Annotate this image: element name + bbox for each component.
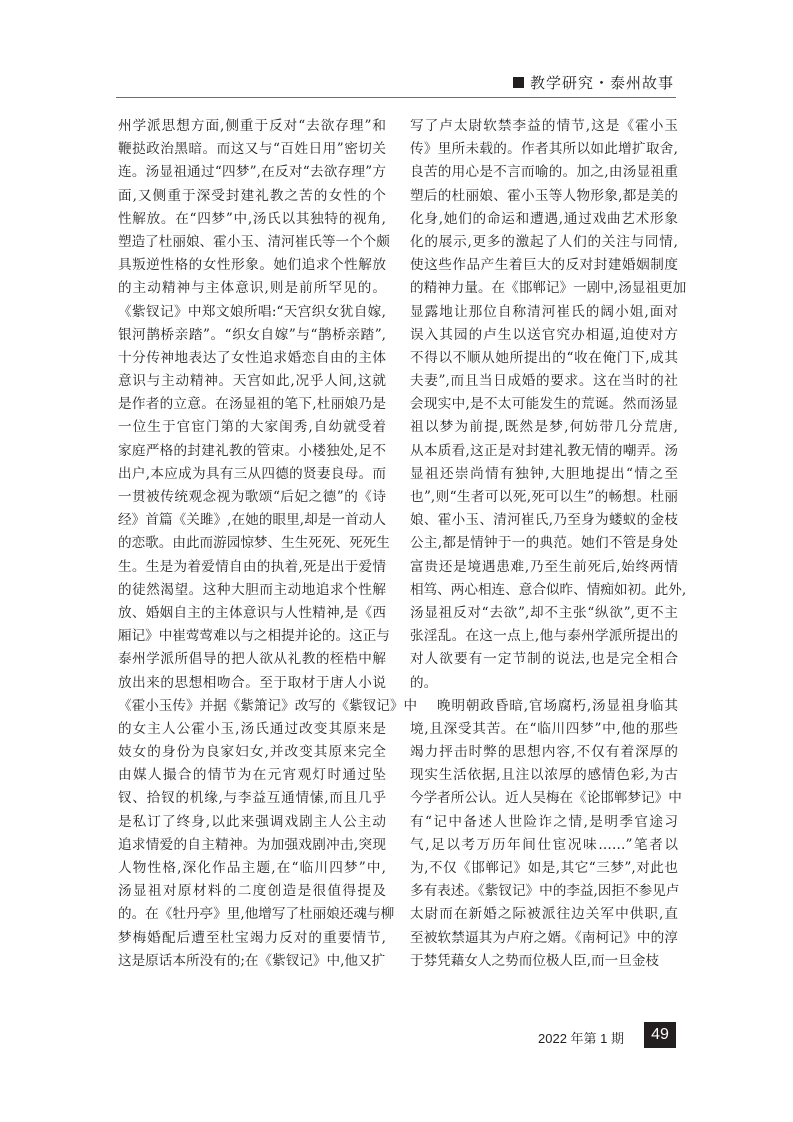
text-line: 汤显祖对原材料的二度创造是很值得提及 [118,880,386,903]
text-line: 良苦的用心是不言而喻的。加之,由汤显祖重 [410,161,678,184]
text-line: 误入其园的卢生以送官究办相逼,迫使对方 [410,324,678,347]
text-line: 晚明朝政昏暗,官场腐朽,汤显祖身临其 [410,695,678,718]
text-line: 的精神力量。在《邯郸记》一剧中,汤显祖更加 [410,277,678,300]
text-line: 的。在《牡丹亭》里,他增写了杜丽娘还魂与柳 [118,903,386,926]
text-line: 从本质看,这正是对封建礼教无情的嘲弄。汤 [410,440,678,463]
page-footer: 2022 年第 1 期 49 [440,1022,676,1052]
text-line: 有“记中备述人世险诈之情,是明季官途习 [410,811,678,834]
text-line: 《霍小玉传》并据《紫箫记》改写的《紫钗记》中 [118,695,386,718]
text-line: 为,不仅《邯郸记》如是,其它“三梦”,对此也 [410,857,678,880]
text-line: 化身,她们的命运和遭遇,通过戏曲艺术形象 [410,208,678,231]
text-line: 至被软禁逼其为卢府之婿。《南柯记》中的淳 [410,927,678,950]
text-line: 的。 [410,672,678,695]
text-line: 经》首篇《关雎》,在她的眼里,却是一首动人 [118,509,386,532]
text-line: 意识与主动精神。天宫如此,况乎人间,这就 [118,370,386,393]
text-line: 的女主人公霍小玉,汤氏通过改变其原来是 [118,718,386,741]
text-line: 张淫乱。在这一点上,他与泰州学派所提出的 [410,625,678,648]
section-title: 教学研究・泰州故事 [513,72,674,93]
text-line: 显祖还崇尚情有独钟,大胆地提出“情之至 [410,463,678,486]
text-line: 泰州学派所倡导的把人欲从礼教的桎梏中解 [118,648,386,671]
text-line: 也”,则“生者可以死,死可以生”的畅想。杜丽 [410,486,678,509]
text-line: 一位生于官宦门第的大家闺秀,自幼就受着 [118,416,386,439]
text-line: 不得以不顺从她所提出的“收在俺门下,成其 [410,347,678,370]
body-column-left: 州学派思想方面,侧重于反对“去欲存理”和鞭挞政治黑暗。而这又与“百姓日用”密切关… [118,115,386,973]
text-line: 汤显祖反对“去欲”,却不主张“纵欲”,更不主 [410,602,678,625]
text-line: 相笃、两心相连、意合似昨、情痴如初。此外, [410,579,678,602]
text-line: 这是原话本所没有的;在《紫钗记》中,他又扩 [118,950,386,973]
text-line: 公主,都是情钟于一的典范。她们不管是身处 [410,532,678,555]
text-line: 人物性格,深化作品主题,在“临川四梦”中, [118,857,386,880]
text-line: 性解放。在“四梦”中,汤氏以其独特的视角, [118,208,386,231]
text-line: 塑后的杜丽娘、霍小玉等人物形象,都是美的 [410,185,678,208]
text-line: 州学派思想方面,侧重于反对“去欲存理”和 [118,115,386,138]
text-line: 出户,本应成为具有三从四德的贤妻良母。而 [118,463,386,486]
text-line: 《紫钗记》中郑文娘所唱:“天宫织女犹自嫁, [118,301,386,324]
text-line: 富贵还是境遇患难,乃至生前死后,始终两情 [410,556,678,579]
text-line: 气,足以考万历年间仕宦况味……”笔者以 [410,834,678,857]
text-line: 连。汤显祖通过“四梦”,在反对“去欲存理”方 [118,161,386,184]
issue-label: 2022 年第 1 期 [538,1028,624,1047]
text-line: 厢记》中崔莺莺难以与之相提并论的。这正与 [118,625,386,648]
text-line: 的恋歌。由此而游园惊梦、生生死死、死死生 [118,532,386,555]
header-divider [116,97,676,98]
text-line: 由媒人撮合的情节为在元宵观灯时通过坠 [118,764,386,787]
section-title-text: 教学研究・泰州故事 [530,74,674,92]
text-line: 梦梅婚配后遭至杜宝竭力反对的重要情节, [118,927,386,950]
text-line: 放出来的思想相吻合。至于取材于唐人小说 [118,672,386,695]
text-line: 的主动精神与主体意识,则是前所罕见的。 [118,277,386,300]
text-line: 现实生活依据,且注以浓厚的感情色彩,为古 [410,764,678,787]
text-line: 是作者的立意。在汤显祖的笔下,杜丽娘乃是 [118,393,386,416]
text-line: 是私订了终身,以此来强调戏剧主人公主动 [118,811,386,834]
text-line: 塑造了杜丽娘、霍小玉、清河崔氏等一个个颇 [118,231,386,254]
text-line: 传》里所未载的。作者其所以如此增扩取舍, [410,138,678,161]
text-line: 妓女的身份为良家妇女,并改变其原来完全 [118,741,386,764]
text-line: 具叛逆性格的女性形象。她们追求个性解放 [118,254,386,277]
text-line: 显露地让那位自称清河崔氏的阔小姐,面对 [410,301,678,324]
text-line: 生。生是为着爱情自由的执着,死是出于爱情 [118,556,386,579]
text-line: 夫妻”,而且当日成婚的要求。这在当时的社 [410,370,678,393]
text-line: 竭力抨击时弊的思想内容,不仅有着深厚的 [410,741,678,764]
text-line: 一贯被传统观念视为歌颂“后妃之德”的《诗 [118,486,386,509]
text-line: 家庭严格的封建礼教的管束。小楼独处,足不 [118,440,386,463]
body-column-right: 写了卢太尉软禁李益的情节,这是《霍小玉传》里所未载的。作者其所以如此增扩取舍,良… [410,115,678,973]
text-line: 放、婚姻自主的主体意识与人性精神,是《西 [118,602,386,625]
text-line: 钗、拾钗的机缘,与李益互通情愫,而且几乎 [118,787,386,810]
text-line: 于棼凭藉女人之势而位极人臣,而一旦金枝 [410,950,678,973]
text-line: 境,且深受其苦。在“临川四梦”中,他的那些 [410,718,678,741]
text-line: 化的展示,更多的激起了人们的关注与同情, [410,231,678,254]
text-line: 十分传神地表达了女性追求婚恋自由的主体 [118,347,386,370]
page-number: 49 [644,1022,676,1048]
text-line: 鞭挞政治黑暗。而这又与“百姓日用”密切关 [118,138,386,161]
text-line: 追求情爱的自主精神。为加强戏剧冲击,突现 [118,834,386,857]
text-line: 面,又侧重于深受封建礼教之苦的女性的个 [118,185,386,208]
running-header: 教学研究・泰州故事 [116,70,674,98]
text-line: 使这些作品产生着巨大的反对封建婚姻制度 [410,254,678,277]
square-bullet-icon [513,77,524,88]
text-line: 娘、霍小玉、清河崔氏,乃至身为蝼蚁的金枝 [410,509,678,532]
text-line: 会现实中,是不太可能发生的荒诞。然而汤显 [410,393,678,416]
text-line: 祖以梦为前提,既然是梦,何妨带几分荒唐, [410,416,678,439]
text-line: 的徒然渴望。这种大胆而主动地追求个性解 [118,579,386,602]
text-line: 银河鹊桥亲踏”。“织女自嫁”与“鹊桥亲踏”, [118,324,386,347]
text-line: 多有表述。《紫钗记》中的李益,因拒不参见卢 [410,880,678,903]
text-line: 今学者所公认。近人吴梅在《论邯郸梦记》中 [410,787,678,810]
text-line: 太尉而在新婚之际被派往边关军中供职,直 [410,903,678,926]
text-line: 写了卢太尉软禁李益的情节,这是《霍小玉 [410,115,678,138]
text-line: 对人欲要有一定节制的说法,也是完全相合 [410,648,678,671]
